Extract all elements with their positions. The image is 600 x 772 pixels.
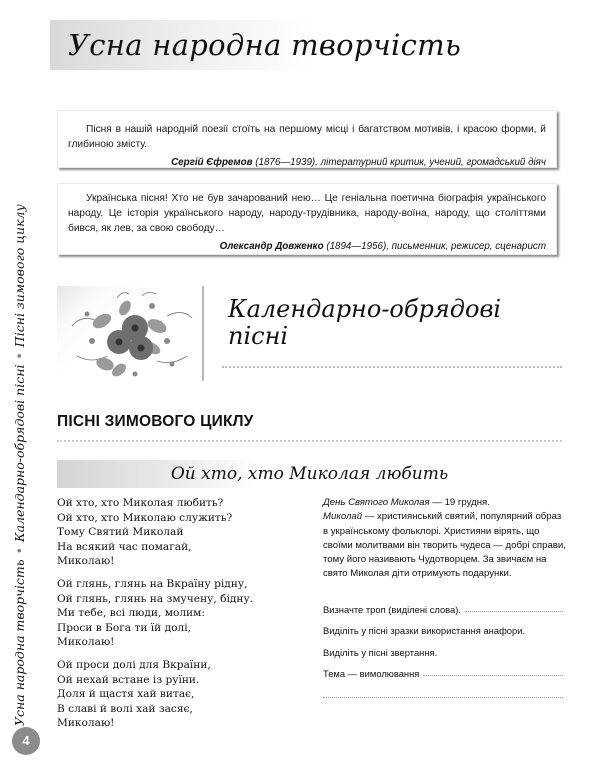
section-title: Календарно-обрядові пісні (228, 296, 501, 350)
stanza: Ой глянь, глянь на Вкраїну рідну, Ой гля… (57, 577, 307, 650)
section-title-line2: пісні (228, 323, 501, 350)
author-name: Олександр Довженко (220, 241, 324, 252)
running-title: Усна народна творчість•Календарно-обрядо… (10, 204, 30, 726)
saint-description: Миколай — християнський святий, популярн… (323, 510, 568, 581)
dotted-divider (222, 366, 562, 368)
subsection-heading: ПІСНІ ЗИМОВОГО ЦИКЛУ (57, 413, 254, 431)
page-title: Усна народна творчість (68, 20, 461, 70)
lyric-line: Ой глянь, глянь на змучену, бідну. (57, 592, 307, 607)
lyric-line: Миколаю! (57, 554, 307, 569)
page-number: 4 (12, 727, 40, 755)
lyric-line: Миколаю! (57, 635, 307, 650)
lyric-line: Ой хто, хто Миколаю служить? (57, 511, 307, 526)
stanza: Ой проси долі для Вкраїни, Ой нехай вста… (57, 658, 307, 731)
quote-author: Олександр Довженко (1894—1956), письменн… (68, 241, 546, 252)
lyric-line: На всякий час помагай, (57, 540, 307, 555)
lyric-line: Ой проси долі для Вкраїни, (57, 658, 307, 673)
task-item: Тема — вимолювання (323, 658, 563, 680)
quote-box: Українська пісня! Хто не був зачарований… (57, 183, 557, 255)
lyric-line: Ой хто, хто Миколая любить? (57, 496, 307, 511)
lyric-line: Ми тебе, всі люди, молим: (57, 606, 307, 621)
song-lyrics: Ой хто, хто Миколая любить? Ой хто, хто … (57, 496, 307, 739)
task-list: Визначте троп (виділені слова). Виділіть… (323, 593, 563, 701)
floral-ornament-icon (57, 286, 204, 381)
stanza: Ой хто, хто Миколая любить? Ой хто, хто … (57, 496, 307, 569)
lyric-line: Проси в Бога ти їй долі, (57, 621, 307, 636)
author-details: (1894—1956), письменник, режисер, сценар… (324, 241, 546, 252)
info-note: День Святого Миколая — 19 грудня. Микола… (323, 496, 568, 582)
task-label: Виділіть у пісні звертання. (323, 647, 437, 658)
quote-box: Пісня в нашій народній поезії стоїть на … (57, 110, 557, 168)
running-title-part: Календарно-обрядові пісні (12, 365, 27, 542)
task-item (323, 679, 563, 701)
answer-line[interactable] (465, 610, 563, 612)
author-name: Сергій Єфремов (171, 157, 252, 168)
author-details: (1876—1939), літературний критик, учений… (253, 157, 546, 168)
lyric-line: В славі й волі хай засяє, (57, 702, 307, 717)
quote-text: Пісня в нашій народній поезії стоїть на … (68, 122, 546, 152)
running-title-part: Усна народна творчість (12, 559, 27, 726)
lyric-line: Доля й щастя хай витає, (57, 687, 307, 702)
song-title-band: Ой хто, хто Миколая любить (57, 460, 562, 488)
task-item: Виділіть у пісні зразки використання ана… (323, 615, 563, 637)
task-item: Визначте троп (виділені слова). (323, 593, 563, 615)
answer-line[interactable] (423, 674, 563, 676)
lyric-line: Миколаю! (57, 716, 307, 731)
task-label: Тема — вимолювання (323, 668, 419, 679)
answer-line[interactable] (323, 696, 563, 698)
separator-bullet: • (10, 547, 30, 554)
saint-day: День Святого Миколая — 19 грудня. (323, 496, 568, 510)
section-title-line1: Календарно-обрядові (228, 296, 501, 323)
saint-name: Миколай (323, 511, 362, 522)
running-title-part: Пісні зимового циклу (12, 204, 27, 347)
song-title: Ой хто, хто Миколая любить (57, 460, 562, 488)
lyric-line: Ой глянь, глянь на Вкраїну рідну, (57, 577, 307, 592)
lyric-line: Тому Святий Миколай (57, 525, 307, 540)
task-label: Визначте троп (виділені слова). (323, 604, 461, 615)
saint-day-label: День Святого Миколая (323, 497, 430, 508)
lyric-line: Ой нехай встане із руїни. (57, 673, 307, 688)
task-label: Виділіть у пісні зразки використання ана… (323, 625, 525, 636)
quote-text: Українська пісня! Хто не був зачарований… (68, 191, 546, 236)
saint-day-value: — 19 грудня. (430, 497, 490, 508)
dotted-divider (57, 440, 562, 442)
separator-bullet: • (10, 352, 30, 359)
quote-author: Сергій Єфремов (1876—1939), літературний… (68, 157, 546, 168)
task-item: Виділіть у пісні звертання. (323, 636, 563, 658)
